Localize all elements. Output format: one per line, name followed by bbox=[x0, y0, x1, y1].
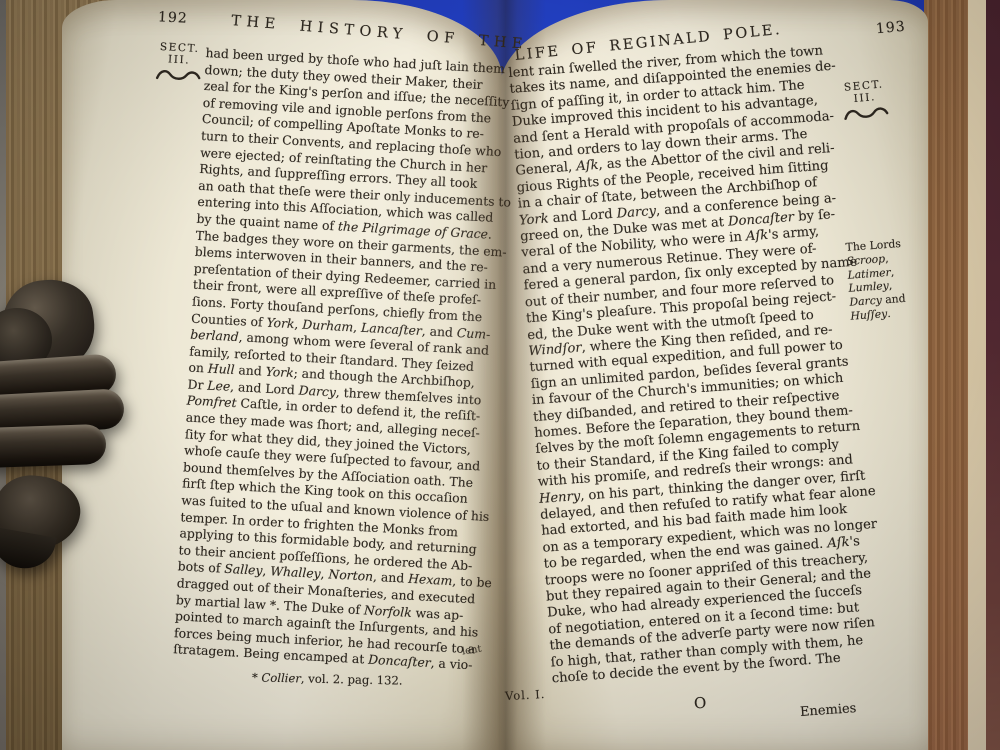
right-page-block-edge bbox=[968, 0, 988, 750]
clasp-ridge bbox=[0, 424, 107, 468]
section-label-left: SECT. III. bbox=[153, 41, 205, 84]
page-number-left: 192 bbox=[158, 9, 189, 27]
section-flourish-icon bbox=[155, 67, 202, 83]
right-page-body-text: lent rain ſwelled the river, from which … bbox=[508, 39, 932, 688]
page-number-right: 193 bbox=[875, 19, 906, 38]
book-cover-edge bbox=[986, 0, 1000, 750]
margin-note-lords: The LordsScroop,Latimer,Lumley,Darcy and… bbox=[845, 235, 931, 323]
book-clasp bbox=[0, 280, 128, 580]
signature-mark: O bbox=[694, 694, 707, 713]
volume-label: Vol. I. bbox=[505, 687, 546, 703]
right-page-block-foredge bbox=[924, 0, 972, 750]
section-label-left-line2: III. bbox=[168, 53, 191, 66]
left-page-body-text: had been urged by thoſe who had juſt lai… bbox=[173, 45, 498, 674]
section-label-left-line1: SECT. bbox=[160, 41, 200, 55]
book-photo: 192 THE HISTORY OF THE SECT. III. had be… bbox=[0, 0, 1000, 750]
